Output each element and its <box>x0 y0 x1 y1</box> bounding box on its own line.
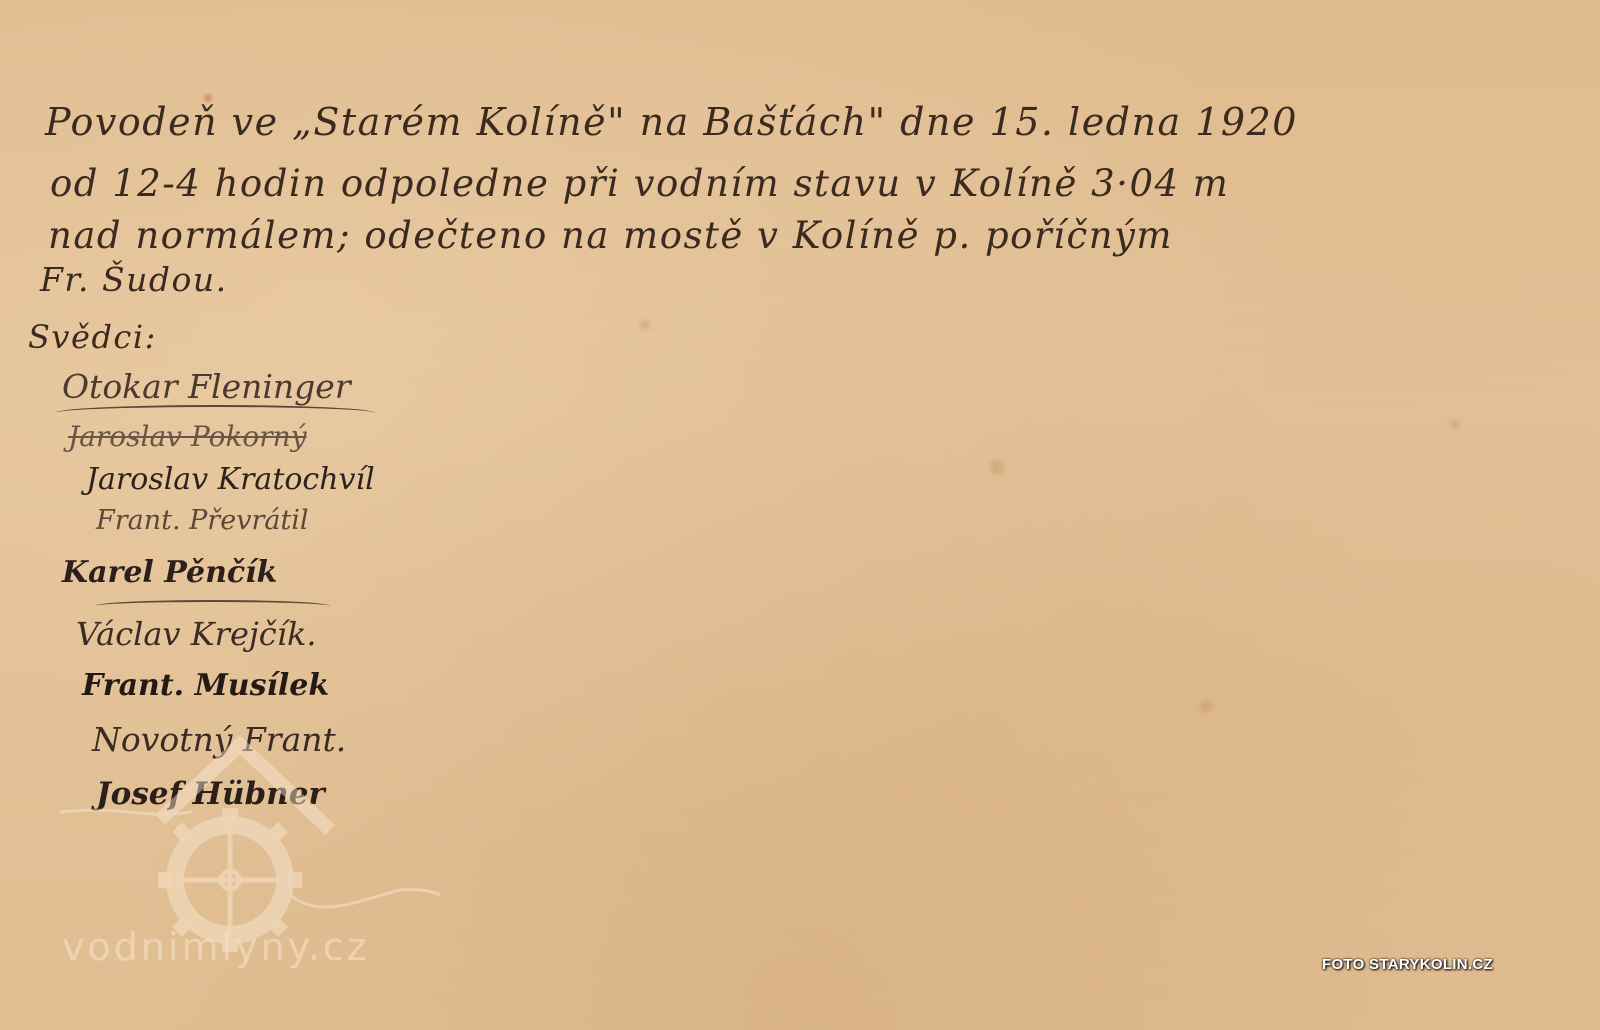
signature: Jaroslav Pokorný <box>68 420 307 453</box>
photo-credit: FOTO STARYKOLIN.CZ <box>1322 956 1493 973</box>
stain <box>640 320 650 330</box>
signature: Václav Krejčík. <box>76 615 317 653</box>
stain <box>1450 420 1459 429</box>
signature-flourish <box>95 600 330 612</box>
stain <box>1200 700 1212 712</box>
signature: Karel Pěnčík <box>62 555 277 590</box>
text-line-3: nad normálem; odečteno na mostě v Kolíně… <box>48 214 1173 257</box>
signature: Frant. Musílek <box>82 668 329 703</box>
signature: Jaroslav Kratochvíl <box>86 462 375 497</box>
text-line-2: od 12-4 hodin odpoledne při vodním stavu… <box>50 162 1229 205</box>
signature-flourish <box>55 405 375 421</box>
text-line-4: Fr. Šudou. <box>40 260 228 299</box>
mill-wheel-house-icon <box>60 720 440 960</box>
signature: Otokar Fleninger <box>62 367 351 406</box>
watermark-site-text: vodnimlyny.cz <box>62 925 370 969</box>
stain <box>990 460 1004 474</box>
signature: Frant. Převrátil <box>96 505 309 536</box>
text-line-1: Povodeň ve „Starém Kolíně" na Bašťách" d… <box>45 100 1298 144</box>
witnesses-label: Svědci: <box>28 318 157 356</box>
